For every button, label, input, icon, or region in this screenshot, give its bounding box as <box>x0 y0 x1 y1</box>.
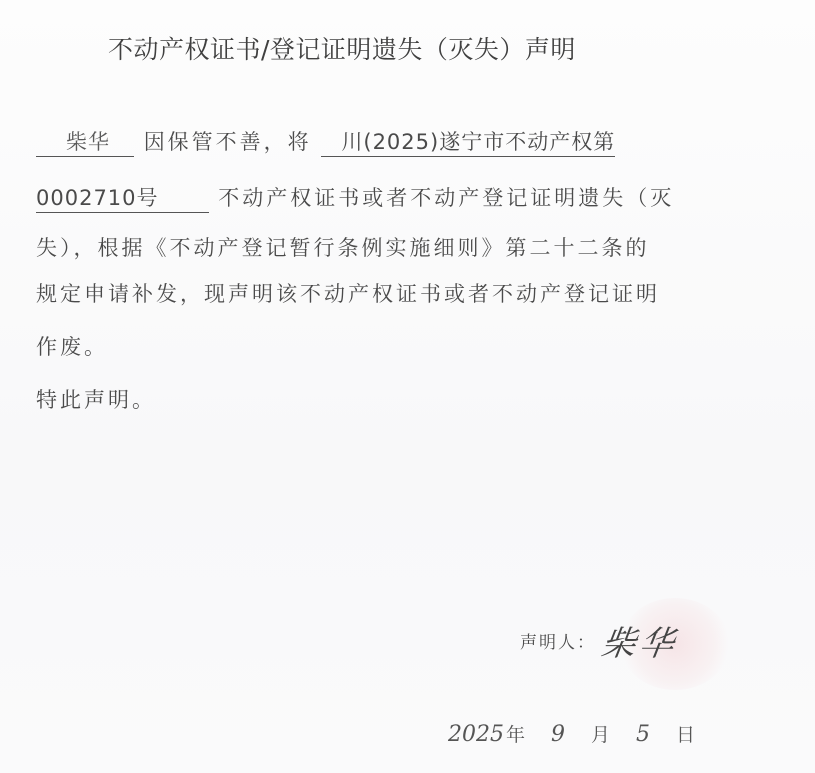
body-text-segment: 因保管不善，将 <box>144 130 312 154</box>
closing-statement: 特此声明。 <box>36 384 156 414</box>
certificate-prefix-field: 川(2025)遂宁市不动产权第 <box>321 126 615 157</box>
body-line-2: 0002710号 不动产权证书或者不动产登记证明遗失（灭 <box>36 182 674 213</box>
certificate-number-field: 0002710号 <box>36 182 209 213</box>
signature-date: 2025 年 9 月 5 日 <box>448 720 697 747</box>
document-title: 不动产权证书/登记证明遗失（灭失）声明 <box>108 30 576 66</box>
handwritten-signature: 柴华 <box>599 616 682 665</box>
document-page: 不动产权证书/登记证明遗失（灭失）声明 柴华 因保管不善，将 川(2025)遂宁… <box>0 0 815 773</box>
date-day-unit: 日 <box>676 720 695 747</box>
date-year: 2025 <box>448 722 504 747</box>
body-line-3: 失），根据《不动产登记暂行条例实施细则》第二十二条的 <box>36 232 650 262</box>
date-month: 9 <box>551 722 565 747</box>
date-year-unit: 年 <box>506 720 525 747</box>
signature-row: 声明人： 柴华 <box>520 616 678 665</box>
body-line-1: 柴华 因保管不善，将 川(2025)遂宁市不动产权第 <box>36 126 615 157</box>
body-text-segment: 不动产权证书或者不动产登记证明遗失（灭 <box>218 186 674 210</box>
body-line-5: 作废。 <box>36 331 108 361</box>
signature-label: 声明人： <box>520 628 596 653</box>
date-day: 5 <box>636 722 650 747</box>
body-line-4: 规定申请补发，现声明该不动产权证书或者不动产登记证明 <box>36 278 660 308</box>
date-month-unit: 月 <box>591 720 610 747</box>
applicant-name-field: 柴华 <box>36 126 134 157</box>
